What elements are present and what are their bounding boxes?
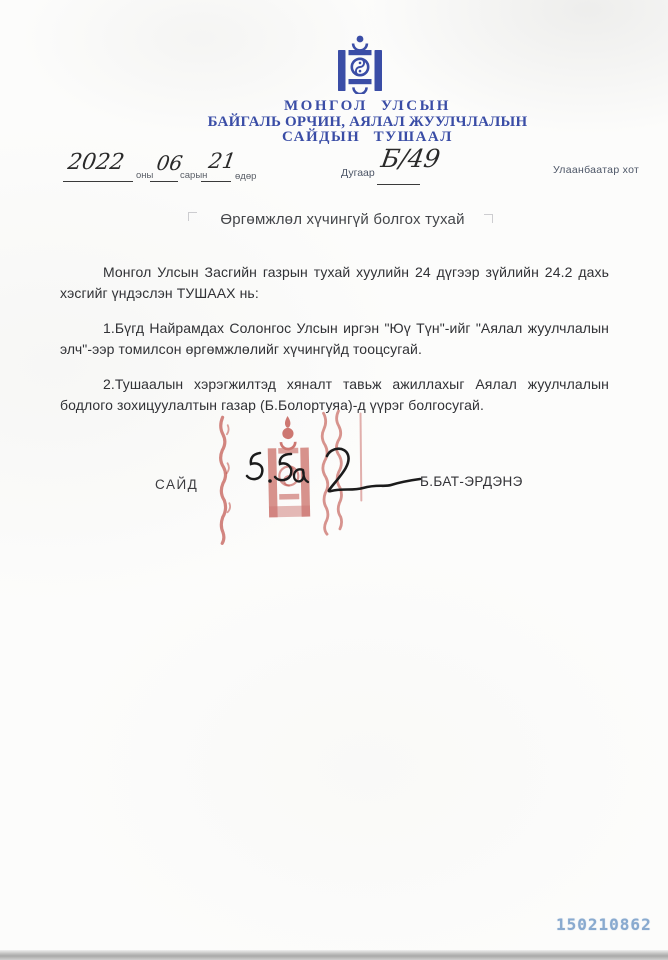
year-underline bbox=[63, 181, 133, 182]
handwritten-year: 2022 bbox=[66, 150, 126, 175]
signer-name: Б.БАТ-ЭРДЭНЭ bbox=[420, 474, 523, 489]
signer-role-label: САЙД bbox=[155, 477, 198, 492]
number-underline bbox=[377, 184, 420, 185]
scan-edge-band bbox=[0, 950, 668, 960]
serial-number-stamp: 150210862 bbox=[556, 915, 652, 934]
day-label: өдөр bbox=[235, 171, 256, 182]
number-label: Дугаар bbox=[341, 167, 375, 179]
paragraph-preamble: Монгол Улсын Засгийн газрын тухай хуулий… bbox=[60, 262, 609, 303]
letterhead-country: МОНГОЛ УЛСЫН bbox=[70, 99, 665, 115]
letterhead: МОНГОЛ УЛСЫН БАЙГАЛЬ ОРЧИН, АЯЛАЛ ЖУУЛЧЛ… bbox=[70, 99, 665, 146]
minister-signature-ink bbox=[239, 444, 424, 502]
year-label: оны bbox=[136, 170, 153, 181]
handwritten-day: 21 bbox=[207, 149, 238, 173]
soyombo-emblem-icon bbox=[337, 34, 383, 94]
month-underline bbox=[150, 181, 178, 182]
letterhead-doc-type: САЙДЫН ТУШААЛ bbox=[70, 130, 665, 146]
corner-mark-right bbox=[484, 214, 493, 223]
month-label: сарын bbox=[180, 170, 207, 181]
city-label: Улаанбаатар хот bbox=[553, 164, 639, 176]
day-underline bbox=[201, 181, 231, 182]
handwritten-number: Б/49 bbox=[379, 144, 442, 173]
paragraph-clause-1: 1.Бүгд Найрамдах Солонгос Улсын иргэн "Ю… bbox=[60, 318, 609, 359]
letterhead-ministry: БАЙГАЛЬ ОРЧИН, АЯЛАЛ ЖУУЛЧЛАЛЫН bbox=[70, 115, 665, 131]
document-title: Өргөмжлөл хүчингүй болгох тухай bbox=[45, 211, 640, 228]
